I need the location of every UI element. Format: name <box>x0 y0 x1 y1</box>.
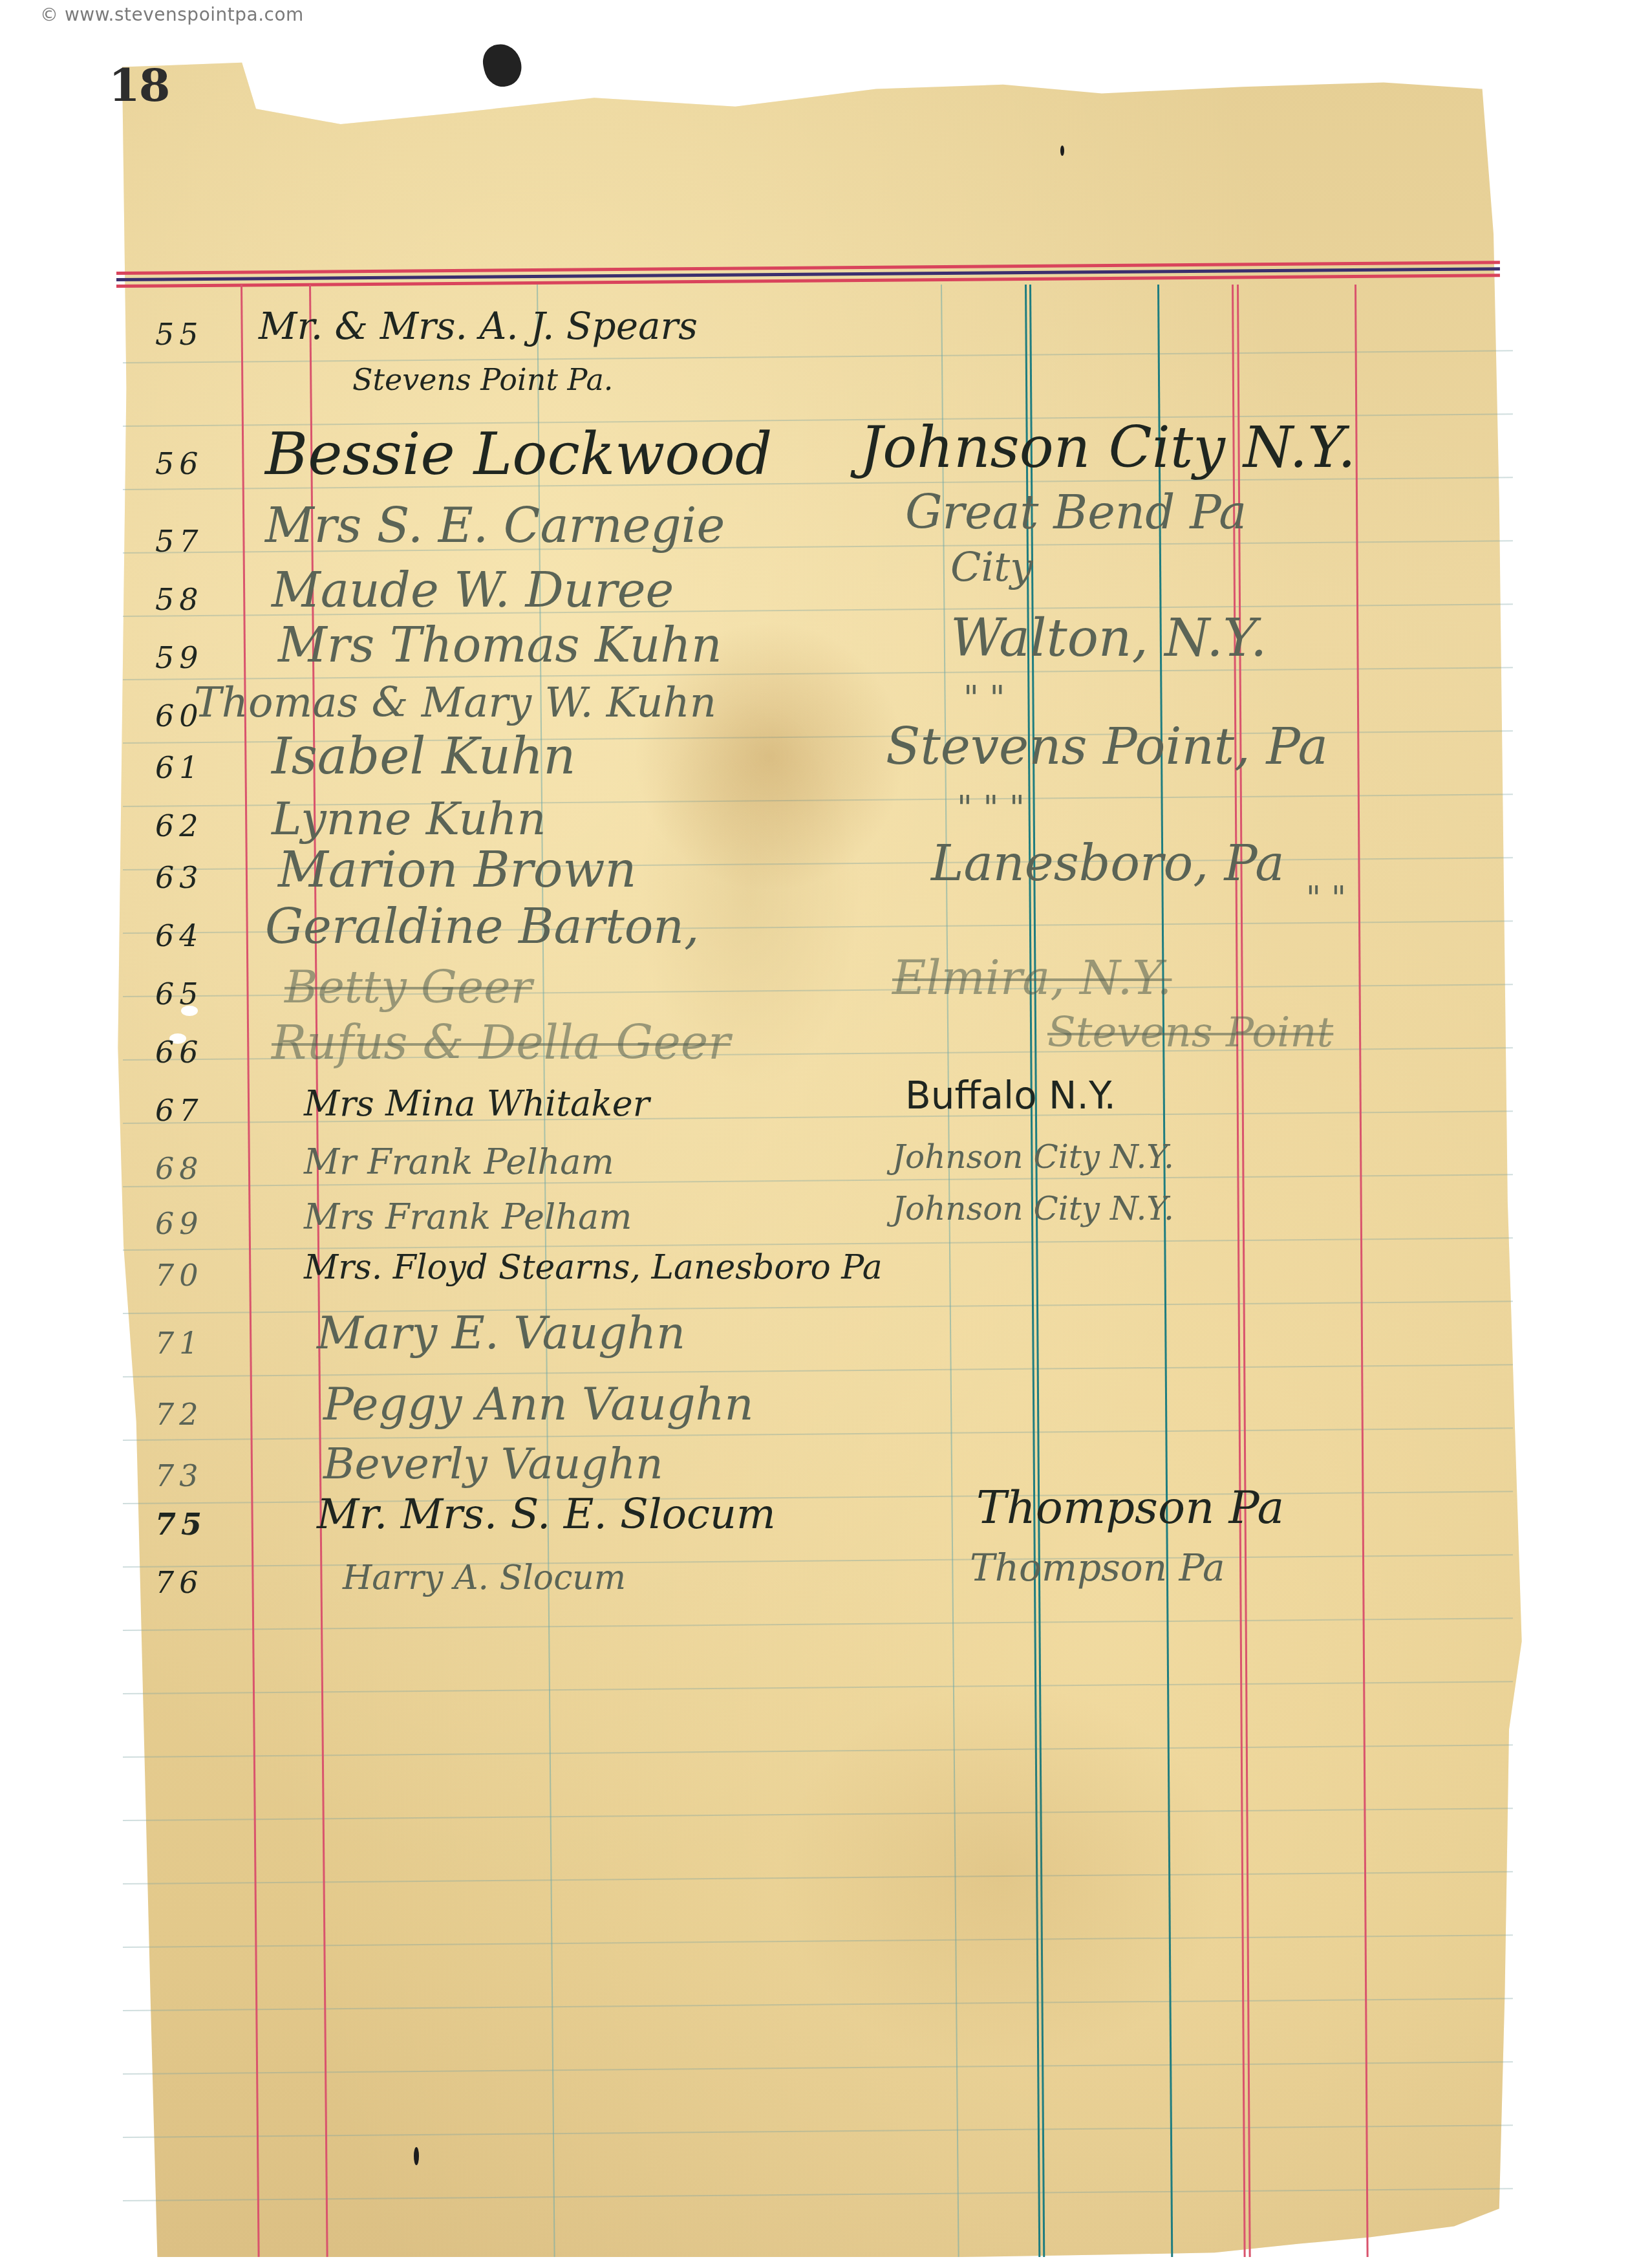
water-stain <box>776 1681 1228 2069</box>
entry-place: Walton, N.Y. <box>950 608 1267 668</box>
entry-place: Elmira, N.Y. <box>892 951 1172 1005</box>
entry-number: 70 <box>155 1258 226 1293</box>
entry-place: City <box>950 543 1033 590</box>
entry-number: 56 <box>155 446 226 481</box>
entry-place: Johnson City N.Y. <box>892 1190 1174 1227</box>
entry-place: " " <box>1306 880 1346 917</box>
entry-number: 75 <box>155 1507 226 1542</box>
entry-number: 64 <box>155 918 226 953</box>
entry-number: 68 <box>155 1151 226 1186</box>
entry-place: Johnson City N.Y. <box>860 414 1356 481</box>
entry-place: Buffalo N.Y. <box>905 1074 1116 1118</box>
entry-place: Stevens Point <box>1047 1009 1333 1057</box>
entry-number: 58 <box>155 582 226 617</box>
entry-name: Rufus & Della Geer <box>272 1015 731 1070</box>
ink-blot <box>480 41 525 91</box>
entry-name: Mrs Mina Whitaker <box>304 1083 650 1124</box>
entry-number: 66 <box>155 1035 226 1070</box>
entry-name: Mrs. Floyd Stearns, Lanesboro Pa <box>304 1248 883 1287</box>
ink-speck <box>1060 146 1064 156</box>
entry-name: Betty Geer <box>284 960 532 1013</box>
entry-number: 73 <box>155 1458 226 1493</box>
entry-name: Harry A. Slocum <box>343 1559 626 1597</box>
entry-name: Mrs S. E. Carnegie <box>265 498 725 554</box>
entry-place: Stevens Point Pa. <box>352 362 613 397</box>
entry-name: Isabel Kuhn <box>272 728 575 786</box>
entry-number: 61 <box>155 750 226 785</box>
entry-name: Peggy Ann Vaughn <box>323 1377 754 1431</box>
entry-number: 59 <box>155 640 226 675</box>
entry-place: Great Bend Pa <box>905 485 1247 539</box>
entry-name: Thomas & Mary W. Kuhn <box>194 679 716 727</box>
entry-number: 62 <box>155 808 226 843</box>
entry-place: " " <box>963 679 1005 718</box>
entry-place: Stevens Point, Pa <box>886 718 1328 776</box>
entry-name: Mrs Frank Pelham <box>304 1196 632 1237</box>
entry-number: 72 <box>155 1397 226 1432</box>
entry-name: Marion Brown <box>278 841 637 898</box>
entry-place: Thompson Pa <box>976 1481 1284 1534</box>
entry-name: Beverly Vaughn <box>323 1439 663 1489</box>
entry-number: 76 <box>155 1565 226 1600</box>
entry-number: 63 <box>155 860 226 895</box>
entry-place: " " " <box>957 789 1025 828</box>
watermark: © www.stevenspointpa.com <box>40 4 304 25</box>
entry-name: Mr Frank Pelham <box>304 1141 614 1182</box>
entry-number: 57 <box>155 524 226 559</box>
entry-name: Bessie Lockwood <box>265 420 772 488</box>
entry-name: Maude W. Duree <box>272 563 674 618</box>
entry-number: 69 <box>155 1206 226 1241</box>
entry-name: Mary E. Vaughn <box>317 1306 685 1359</box>
entry-name: Lynne Kuhn <box>272 792 546 845</box>
entry-place: Johnson City N.Y. <box>892 1138 1174 1176</box>
entry-place: Lanesboro, Pa <box>931 834 1285 892</box>
entry-name: Mr. Mrs. S. E. Slocum <box>317 1491 776 1539</box>
page-number: 18 <box>109 58 169 112</box>
entry-number: 67 <box>155 1093 226 1128</box>
entry-number: 71 <box>155 1326 226 1361</box>
entry-name: Mr. & Mrs. A. J. Spears <box>259 304 698 348</box>
entry-name: Geraldine Barton, <box>265 899 699 955</box>
entry-number: 55 <box>155 317 226 352</box>
entry-place: Thompson Pa <box>970 1546 1225 1590</box>
entry-number: 65 <box>155 977 226 1011</box>
ink-speck <box>414 2147 419 2165</box>
entry-name: Mrs Thomas Kuhn <box>278 618 722 673</box>
